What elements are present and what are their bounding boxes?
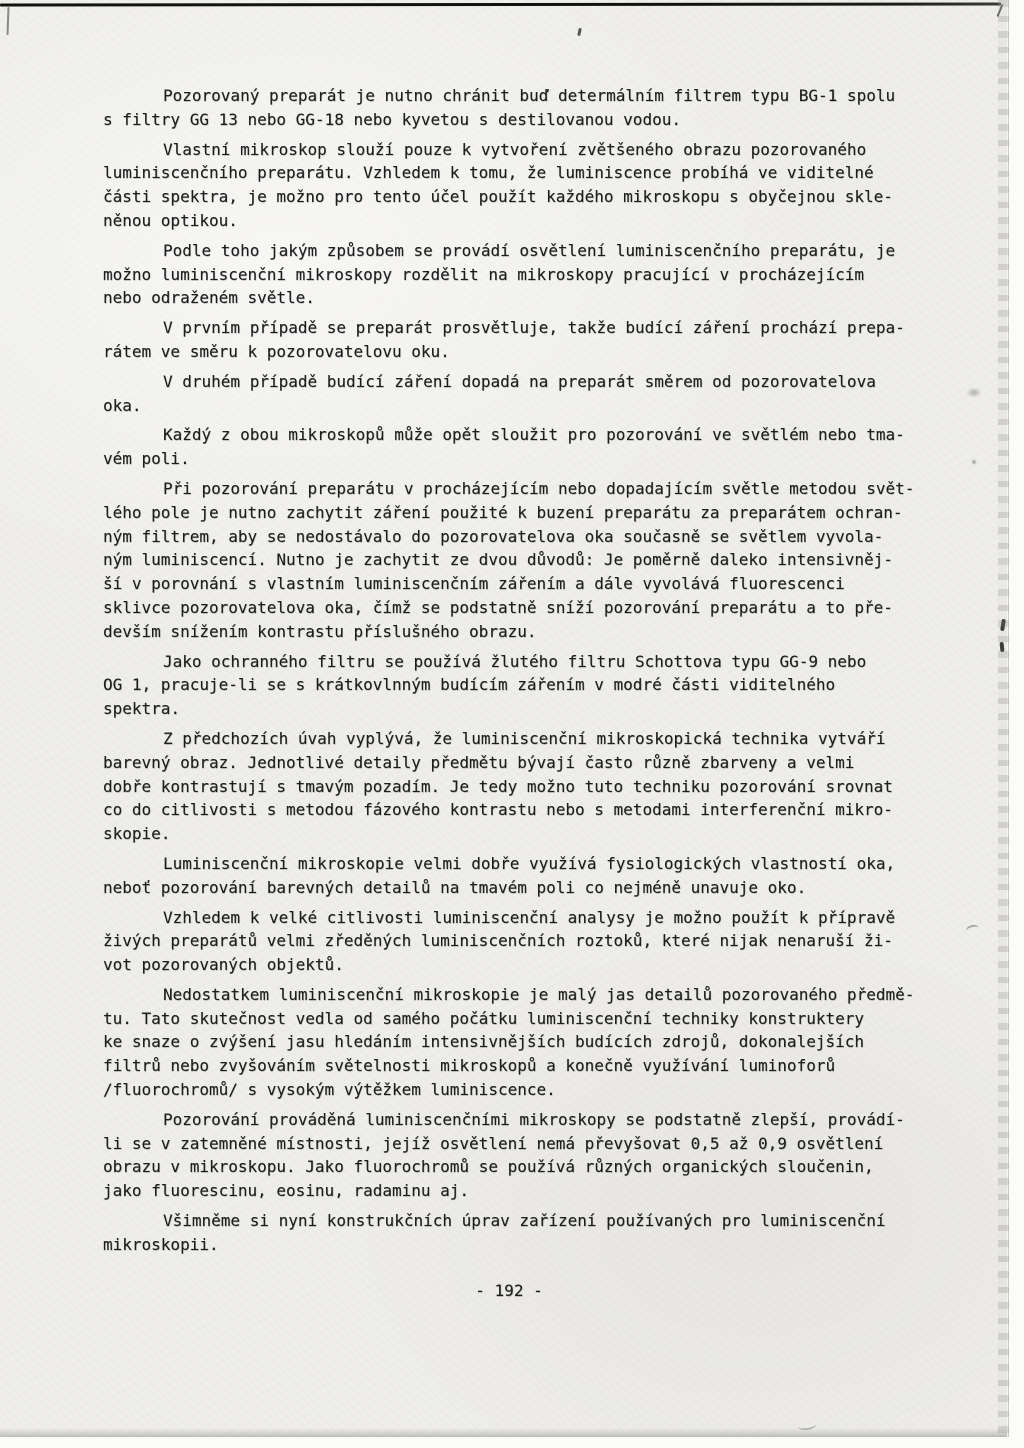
text-body: Pozorovaný preparát je nutno chránit buď… (103, 84, 915, 1263)
paragraph: Podle toho jakým způsobem se provádí osv… (103, 239, 915, 310)
paragraph: V druhém případě budící záření dopadá na… (103, 370, 915, 418)
paragraph: Každý z obou mikroskopů může opět slouži… (103, 423, 915, 471)
paragraph: Vzhledem k velké citlivosti luminiscenčn… (103, 906, 915, 977)
paragraph: Pozorovaný preparát je nutno chránit buď… (103, 84, 915, 132)
paper-bottom-shadow (0, 1428, 1007, 1437)
paragraph: Při pozorování preparátu v procházejícím… (103, 477, 915, 644)
paragraph: Z předchozích úvah vyplývá, že luminisce… (103, 727, 915, 846)
paragraph: Jako ochranného filtru se používá žlutéh… (103, 650, 915, 721)
scanned-page: Pozorovaný preparát je nutno chránit buď… (0, 0, 1007, 1437)
paragraph: Všimněme si nyní konstrukčních úprav zař… (103, 1209, 915, 1257)
scan-border-left-tick (7, 7, 10, 35)
scan-smudge (966, 387, 982, 398)
paragraph: Vlastní mikroskop slouží pouze k vytvoře… (103, 138, 915, 233)
paragraph: V prvním případě se preparát prosvětluje… (103, 316, 915, 364)
paragraph: Luminiscenční mikroskopie velmi dobře vy… (103, 852, 915, 900)
page-number: - 192 - (103, 1281, 915, 1300)
paragraph: Nedostatkem luminiscenční mikroskopie je… (103, 983, 915, 1102)
scan-border-top-line (0, 2, 1001, 6)
ink-speck (577, 28, 582, 36)
ink-speck (971, 459, 977, 465)
paragraph: Pozorování prováděná luminiscenčními mik… (103, 1108, 915, 1203)
pencil-mark (965, 924, 980, 936)
paper-torn-edge (998, 0, 1009, 1437)
